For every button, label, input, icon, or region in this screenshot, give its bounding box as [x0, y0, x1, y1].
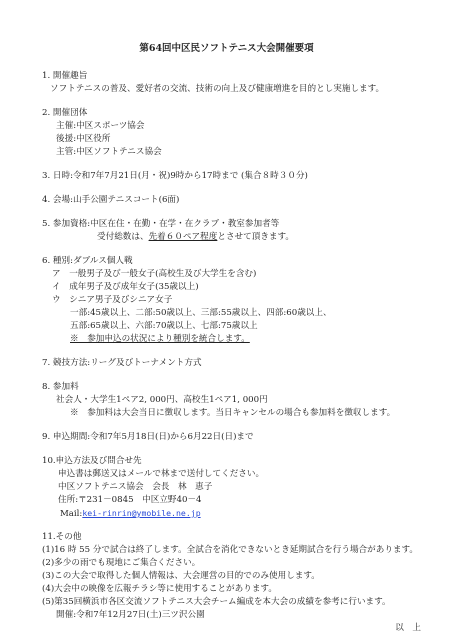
other-item-4: (4)大会中の映像を広報チラシ等に使用することがあります。 — [42, 583, 277, 595]
section-8-heading: 8. 参加料 — [42, 381, 79, 393]
section-2-heading: 2. 開催団体 — [42, 107, 87, 119]
contact-address: 住所:〒231－0845 中区立野40－4 — [58, 494, 202, 506]
mail-link[interactable]: kei-rinrin@ymobile.ne.jp — [82, 508, 200, 518]
organizer-sponsor: 後援:中区役所 — [56, 133, 110, 145]
category-u: ウ シニア男子及びシニア女子 — [52, 294, 172, 306]
closing-mark: 以 上 — [395, 621, 421, 633]
category-a: ア 一般男子及び一般女子(高校生及び大学生を含む) — [52, 268, 256, 280]
section-1-heading: 1. 開催趣旨 — [42, 70, 87, 82]
section-5-capacity: 受付総数は、先着６０ペア程度とさせて頂きます。 — [97, 231, 294, 243]
organizer-host: 主催:中区スポーツ協会 — [56, 120, 145, 132]
capacity-limit: 先着６０ペア程度 — [149, 232, 218, 242]
contact-person: 中区ソフトテニス協会 会長 林 恵子 — [58, 481, 212, 493]
section-9-period: 9. 申込期間:令和7年5月18日(日)から6月22日(日)まで — [42, 431, 254, 443]
entry-fee: 社会人・大学生1ペア2, 000円、高校生1ペア1, 000円 — [56, 394, 268, 406]
section-3-datetime: 3. 日時:令和7年7月21日(月・祝)9時から17時まで (集合８時３０分) — [42, 170, 308, 182]
entry-fee-note: ※ 参加料は大会当日に徴収します。当日キャンセルの場合も参加料を徴収します。 — [70, 407, 395, 419]
senior-divisions-1: 一部:45歳以上、二部:50歳以上、三部:55歳以上、四部:60歳以上、 — [70, 307, 332, 319]
application-method: 申込書は郵送又はメールで林まで送付してください。 — [58, 468, 264, 480]
capacity-prefix: 受付総数は、 — [97, 232, 149, 242]
other-item-3: (3)この大会で取得した個人情報は、大会運営の目的でのみ使用します。 — [42, 570, 320, 582]
organizer-manager: 主管:中区ソフトテニス協会 — [56, 146, 162, 158]
category-merge-note: ※ 参加申込の状況により種別を統合します。 — [70, 333, 250, 345]
other-item-5: (5)第35回横浜市各区交流ソフトテニス大会チーム編成を本大会の成績を参考に行い… — [42, 596, 391, 608]
contact-mail: Mail:kei-rinrin@ymobile.ne.jp — [60, 507, 201, 519]
section-5-eligibility: 5. 参加資格:中区在住・在勤・在学・在クラブ・教室参加者等 — [42, 218, 279, 230]
capacity-suffix: とさせて頂きます。 — [217, 232, 294, 242]
category-i: イ 成年男子及び成年女子(35歳以上) — [52, 281, 199, 293]
section-7-format: 7. 競技方法:リーグ及びトーナメント方式 — [42, 357, 202, 369]
senior-divisions-2: 五部:65歳以上、六部:70歳以上、七部:75歳以上 — [70, 320, 258, 332]
section-4-venue: 4. 会場:山手公園テニスコート(6面) — [42, 194, 179, 206]
other-item-5-event: 開催:令和7年12月27日(土)三ツ沢公園 — [56, 609, 205, 621]
section-10-heading: 10.申込方法及び問合せ先 — [42, 455, 142, 467]
section-11-heading: 11.その他 — [42, 531, 81, 543]
section-1-body: ソフトテニスの普及、愛好者の交流、技術の向上及び健康増進を目的とし実施します。 — [50, 83, 384, 95]
other-item-2: (2)多少の雨でも現地にご集合ください。 — [42, 557, 200, 569]
other-item-1: (1)16 時 55 分で試合は終了します。全試合を消化できないとき延期試合を行… — [42, 544, 418, 556]
section-6-heading: 6. 種別:ダブルス個人戦 — [42, 255, 133, 267]
document-title: 第64回中区民ソフトテニス大会開催要項 — [0, 40, 453, 54]
mail-label: Mail: — [60, 509, 82, 519]
